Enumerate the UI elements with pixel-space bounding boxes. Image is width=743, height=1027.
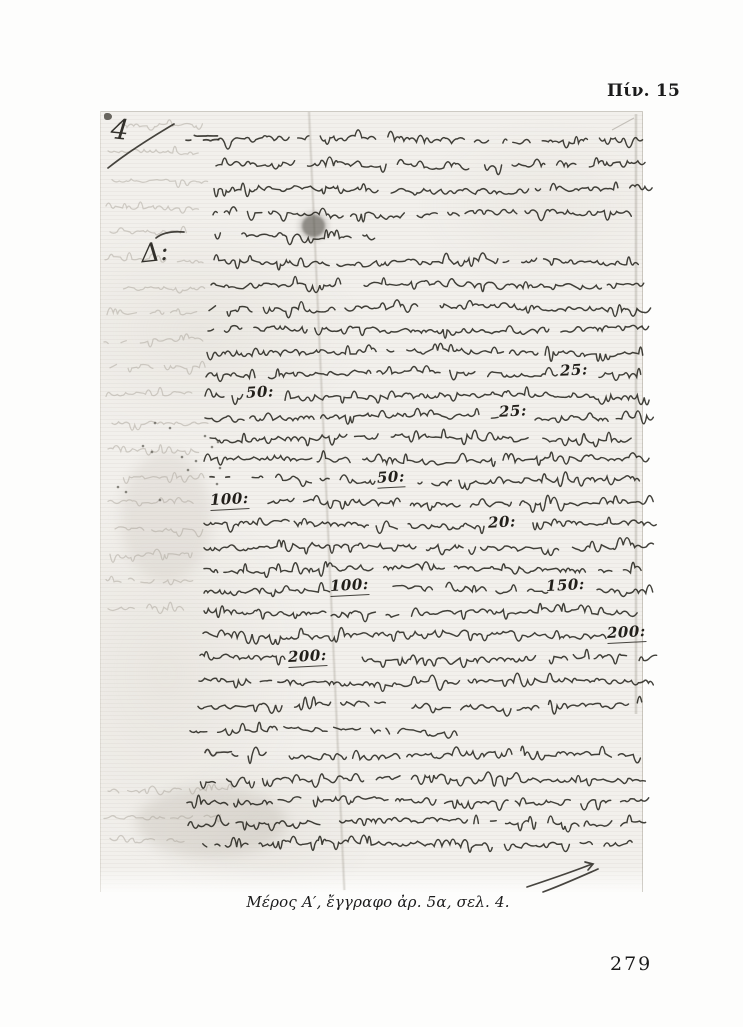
paper-smudge bbox=[136, 787, 286, 857]
number-annotation: 25: bbox=[499, 401, 528, 420]
book-page: Πίν. 15 4 Δ: 25:50:25:50:100:20:100:150:… bbox=[0, 0, 743, 1027]
ink-blot bbox=[302, 215, 325, 237]
page-number: 279 bbox=[610, 953, 652, 975]
manuscript-scan bbox=[100, 111, 643, 892]
marginal-delta-mark: Δ: bbox=[140, 237, 171, 270]
number-annotation: 200: bbox=[607, 622, 647, 644]
plate-caption: Μέρος Α′, ἔγγραφο ἀρ. 5α, σελ. 4. bbox=[100, 893, 656, 911]
number-annotation: 20: bbox=[488, 512, 517, 531]
number-annotation: 200: bbox=[288, 646, 328, 668]
number-annotation: 50: bbox=[246, 382, 275, 401]
paper-smudge bbox=[121, 452, 211, 582]
marginal-page-mark: 4 bbox=[109, 112, 130, 147]
number-annotation: 150: bbox=[546, 575, 586, 595]
number-annotation: 25: bbox=[560, 360, 589, 379]
plate-label: Πίν. 15 bbox=[607, 81, 680, 101]
number-annotation: 50: bbox=[376, 467, 405, 488]
number-annotation: 100: bbox=[210, 489, 250, 511]
number-annotation: 100: bbox=[330, 575, 370, 597]
paper-corner-speck bbox=[104, 113, 112, 120]
